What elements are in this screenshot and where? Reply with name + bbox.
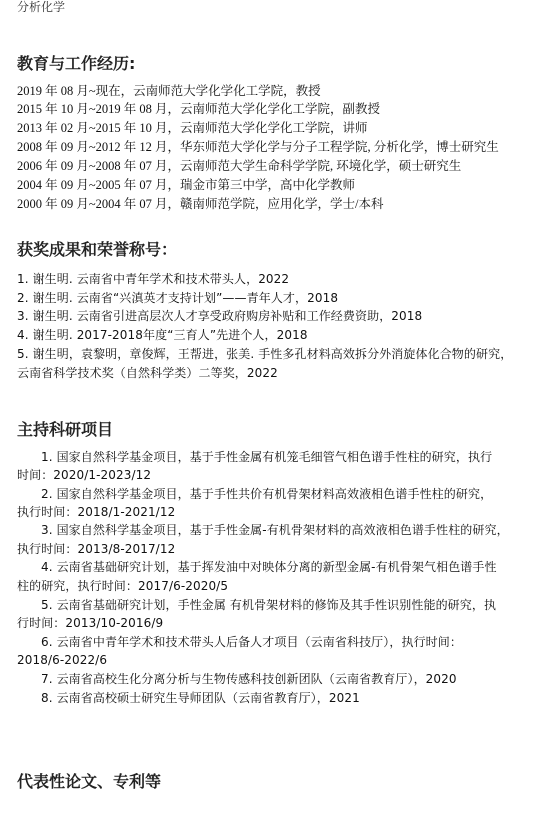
education-item: 2013 年 02 月~2015 年 10 月，云南师范大学化学化工学院，讲师 (17, 119, 368, 137)
project-item: 6. 云南省中青年学术和技术带头人后备人才项目（云南省科技厅），执行时间： (41, 633, 462, 651)
education-item: 2015 年 10 月~2019 年 08 月，云南师范大学化学化工学院，副教授 (17, 100, 380, 118)
project-item: 2. 国家自然科学基金项目，基于手性共价有机骨架材料高效液相色谱手性柱的研究， (41, 485, 492, 503)
award-item: 3. 谢生明. 云南省引进高层次人才享受政府购房补贴和工作经费资助，2018 (17, 307, 422, 325)
project-item-continuation: 2018/6-2022/6 (17, 651, 107, 669)
education-item: 2004 年 09 月~2005 年 07 月，瑞金市第三中学，高中化学教师 (17, 176, 355, 194)
education-item: 2019 年 08 月~现在，云南师范大学化学化工学院，教授 (17, 82, 321, 100)
project-item-continuation: 时间：2020/1-2023/12 (17, 466, 151, 484)
projects-section-title: 主持科研项目 (17, 420, 113, 440)
education-item: 2006 年 09 月~2008 年 07 月，云南师范大学生命科学学院, 环境… (17, 157, 461, 175)
education-section-title: 教育与工作经历: (17, 54, 135, 74)
project-item: 8. 云南省高校硕士研究生导师团队（云南省教育厅），2021 (41, 689, 360, 707)
award-item: 1. 谢生明. 云南省中青年学术和技术带头人，2022 (17, 270, 289, 288)
project-item: 7. 云南省高校生化分离分析与生物传感科技创新团队（云南省教育厅），2020 (41, 670, 457, 688)
project-item: 3. 国家自然科学基金项目，基于手性金属-有机骨架材料的高效液相色谱手性柱的研究… (41, 521, 509, 539)
education-item: 2000 年 09 月~2004 年 07 月，赣南师范学院，应用化学，学士/本… (17, 195, 384, 213)
award-item-continuation: 云南省科学技术奖（自然科学类）二等奖，2022 (17, 364, 278, 382)
award-item: 2. 谢生明. 云南省“兴滇英才支持计划”——青年人才，2018 (17, 289, 338, 307)
document-page: 分析化学 教育与工作经历: 2019 年 08 月~现在，云南师范大学化学化工学… (0, 0, 533, 835)
project-item: 5. 云南省基础研究计划，手性金属 有机骨架材料的修饰及其手性识别性能的研究，执 (41, 596, 496, 614)
research-field-label: 分析化学 (17, 0, 65, 15)
awards-section-title: 获奖成果和荣誉称号： (17, 240, 177, 260)
project-item: 4. 云南省基础研究计划，基于挥发油中对映体分离的新型金属-有机骨架气相色谱手性 (41, 558, 497, 576)
papers-section-title: 代表性论文、专利等 (17, 772, 161, 792)
project-item-continuation: 执行时间：2013/8-2017/12 (17, 540, 175, 558)
project-item-continuation: 柱的研究，执行时间：2017/6-2020/5 (17, 577, 228, 595)
project-item-continuation: 执行时间：2018/1-2021/12 (17, 503, 175, 521)
education-item: 2008 年 09 月~2012 年 12 月，华东师范大学化学与分子工程学院,… (17, 138, 499, 156)
award-item: 4. 谢生明. 2017-2018年度“三育人”先进个人，2018 (17, 326, 308, 344)
project-item-continuation: 行时间：2013/10-2016/9 (17, 614, 163, 632)
award-item: 5. 谢生明，袁黎明，章俊辉，王帮进，张美. 手性多孔材料高效拆分外消旋体化合物… (17, 345, 512, 363)
project-item: 1. 国家自然科学基金项目，基于手性金属有机笼毛细管气相色谱手性柱的研究，执行 (41, 448, 492, 466)
